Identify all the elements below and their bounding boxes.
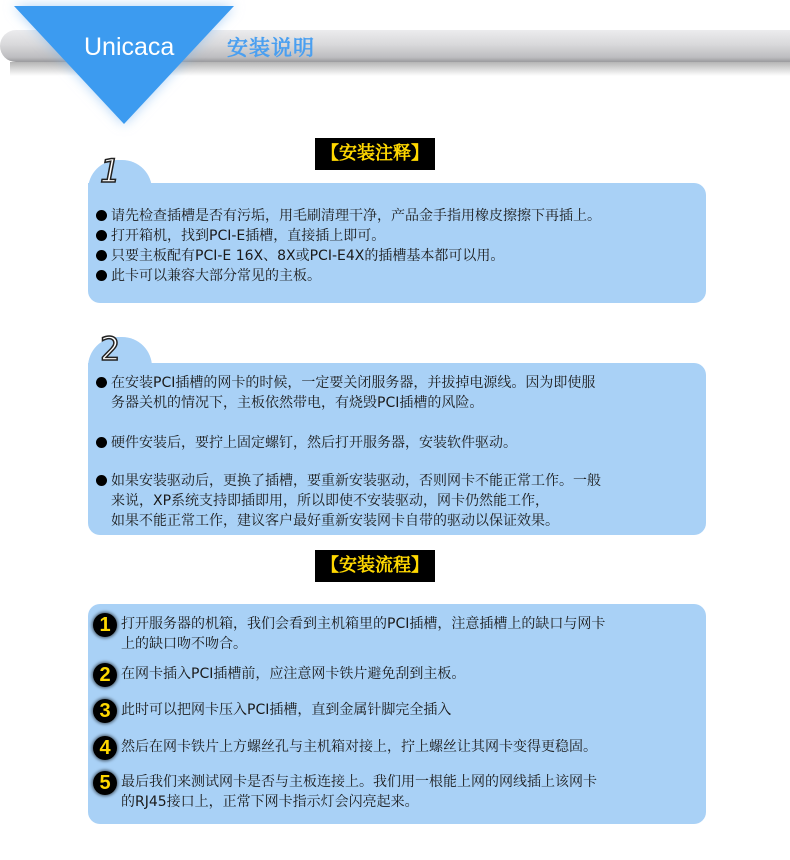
bullet-icon [96,437,107,448]
list-item: 硬件安装后，要拧上固定螺钉，然后打开服务器，安装软件驱动。 [96,433,517,453]
step-number-badge: 2 [93,663,117,687]
step-4: 4 然后在网卡铁片上方螺丝孔与主机箱对接上，拧上螺丝让其网卡变得更稳固。 [93,737,597,760]
bullet-icon [96,210,107,221]
list-item: 如果安装驱动后，更换了插槽，要重新安装驱动，否则网卡不能正常工作。一般 [96,471,601,491]
bullet-icon [96,230,107,241]
brand-name: Unicaca [84,33,174,62]
list-item: 此卡可以兼容大部分常见的主板。 [96,266,321,286]
bullet-icon [96,475,107,486]
page-header: Unicaca 安装说明 [0,0,790,130]
list-item: 只要主板配有PCI-E 16X、8X或PCI-E4X的插槽基本都可以用。 [96,246,504,266]
step-1: 1 打开服务器的机箱，我们会看到主机箱里的PCI插槽，注意插槽上的缺口与网卡上的… [93,614,605,654]
list-item-cont: 来说，XP系统支持即插即用，所以即使不安装驱动，网卡仍然能工作， [111,491,549,511]
brand-triangle [14,6,234,124]
page-title: 安装说明 [227,32,315,62]
section-label-notes: 【安装注释】 [315,138,435,170]
step-number-badge: 1 [93,613,117,637]
part2-number: 2 [100,330,120,368]
step-5: 5 最后我们来测试网卡是否与主板连接上。我们用一根能上网的网线插上该网卡的RJ4… [93,772,597,812]
section-label-process: 【安装流程】 [315,550,435,582]
bullet-icon [96,250,107,261]
step-3: 3 此时可以把网卡压入PCI插槽，直到金属针脚完全插入 [93,700,451,723]
step-number-badge: 5 [93,771,117,795]
list-item: 请先检查插槽是否有污垢，用毛刷清理干净，产品金手指用橡皮擦擦下再插上。 [96,206,601,226]
step-2: 2 在网卡插入PCI插槽前，应注意网卡铁片避免刮到主板。 [93,664,465,687]
step-number-badge: 3 [93,699,117,723]
list-item-cont: 如果不能正常工作，建议客户最好重新安装网卡自带的驱动以保证效果。 [111,511,559,531]
part1-number: 1 [100,152,120,190]
list-item-cont: 务器关机的情况下，主板依然带电，有烧毁PCI插槽的风险。 [111,393,483,413]
bullet-icon [96,270,107,281]
list-item: 打开箱机，找到PCI-E插槽，直接插上即可。 [96,226,385,246]
list-item: 在安装PCI插槽的网卡的时候，一定要关闭服务器，并拔掉电源线。因为即使服 [96,373,595,393]
step-number-badge: 4 [93,736,117,760]
bullet-icon [96,377,107,388]
